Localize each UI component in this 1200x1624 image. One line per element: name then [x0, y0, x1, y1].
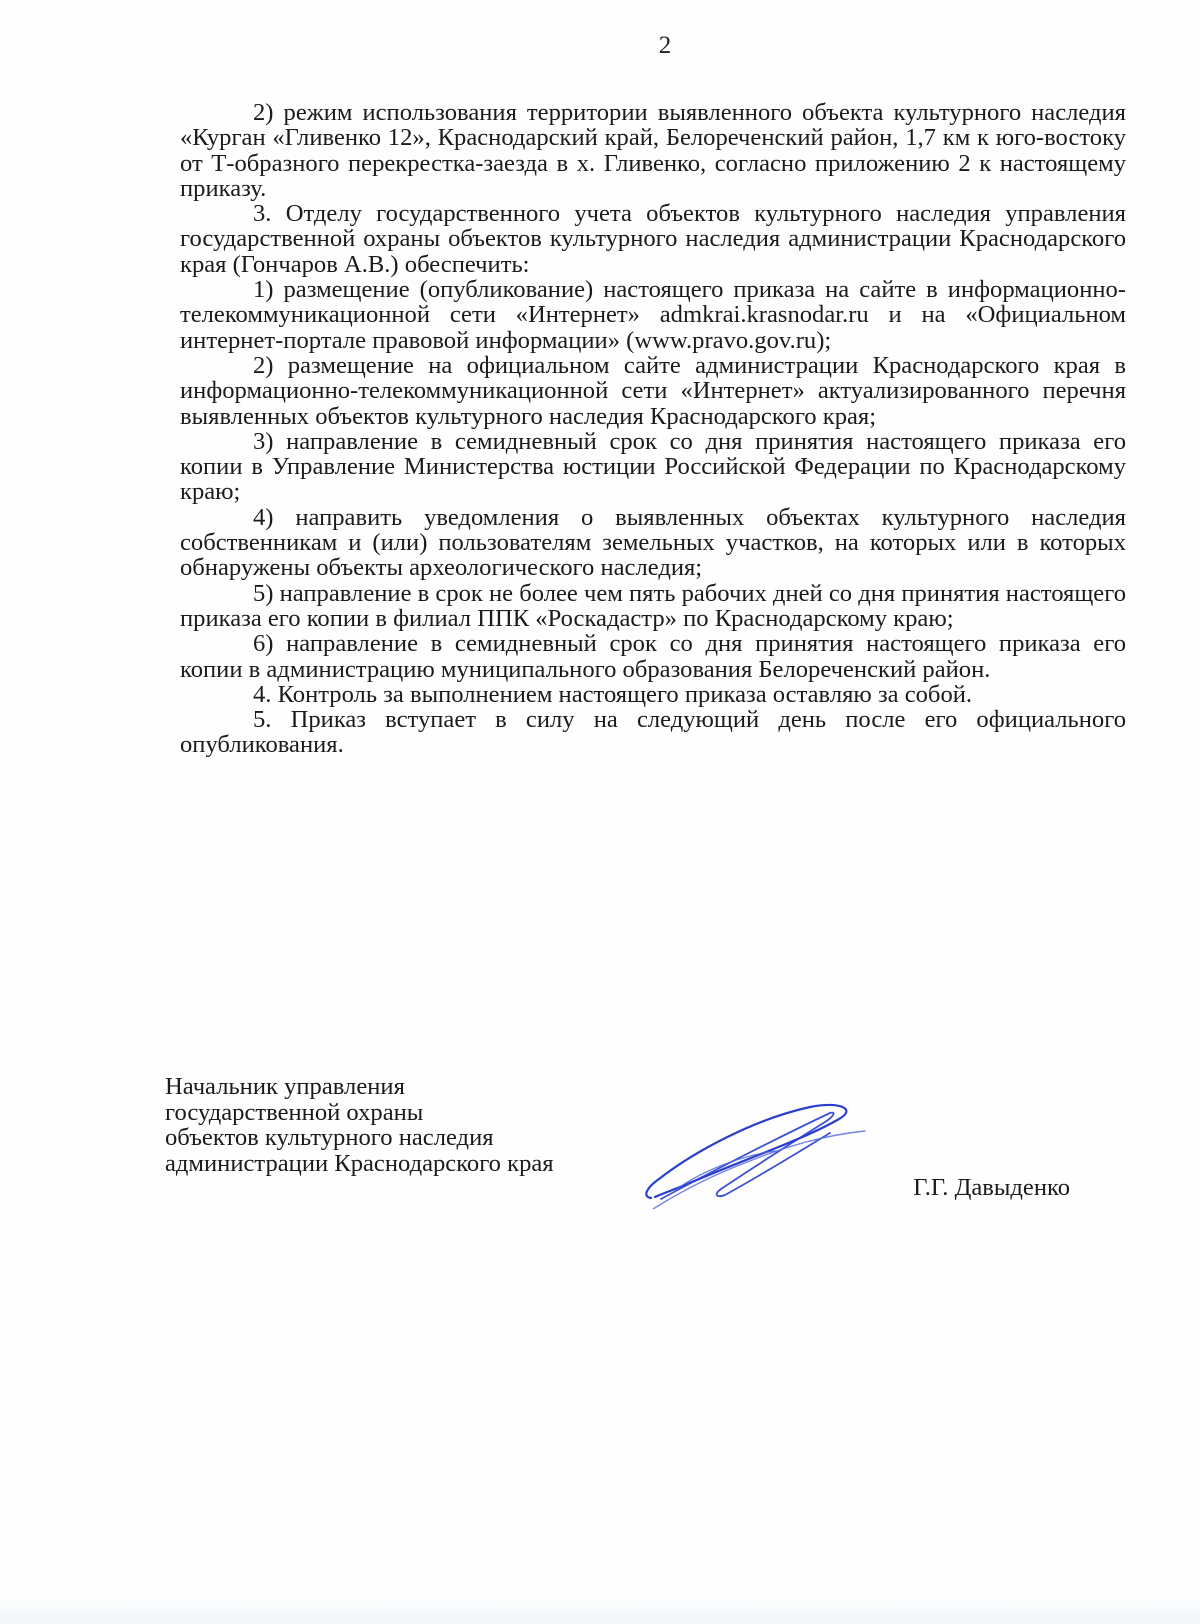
paragraph-subitem-5-roskadastr: 5) направление в срок не более чем пять … [180, 581, 1126, 632]
paragraph-subitem-1-publication: 1) размещение (опубликование) настоящего… [180, 277, 1126, 353]
signer-position-line: Начальник управления [165, 1074, 554, 1100]
handwritten-signature-icon [625, 1089, 870, 1209]
paragraph-subitem-4-owner-notifications: 4) направить уведомления о выявленных об… [180, 505, 1126, 581]
order-body: 2) режим использования территории выявле… [180, 100, 1126, 758]
signer-position: Начальник управления государственной охр… [165, 1074, 554, 1176]
signer-position-line: объектов культурного наследия [165, 1125, 554, 1151]
scan-edge-artifact [0, 1594, 1200, 1624]
paragraph-subitem-3-ministry-of-justice: 3) направление в семидневный срок со дня… [180, 429, 1126, 505]
paragraph-subitem-6-municipal-administration: 6) направление в семидневный срок со дня… [180, 631, 1126, 682]
document-page: 2 2) режим использования территории выяв… [0, 0, 1200, 1624]
signer-position-line: администрации Краснодарского края [165, 1151, 554, 1177]
signer-position-line: государственной охраны [165, 1100, 554, 1126]
signature-block: Начальник управления государственной охр… [165, 1074, 1125, 1214]
paragraph-land-use-regime: 2) режим использования территории выявле… [180, 100, 1126, 201]
page-number: 2 [0, 32, 1200, 60]
paragraph-item-4-control: 4. Контроль за выполнением настоящего пр… [180, 682, 1126, 707]
signer-name: Г.Г. Давыденко [913, 1175, 1070, 1201]
paragraph-item-3-department-instructions: 3. Отделу государственного учета объекто… [180, 201, 1126, 277]
paragraph-item-5-entry-into-force: 5. Приказ вступает в силу на следующий д… [180, 707, 1126, 758]
paragraph-subitem-2-list-update: 2) размещение на официальном сайте админ… [180, 353, 1126, 429]
